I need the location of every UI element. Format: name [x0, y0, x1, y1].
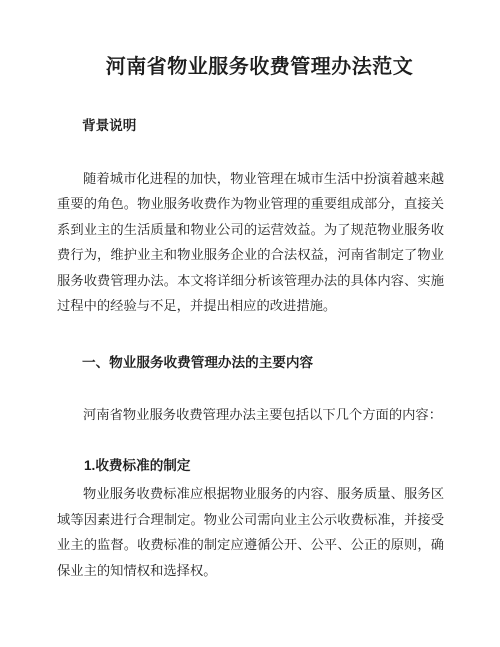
subsection-heading-fee-standard: 1.收费标准的制定 — [57, 453, 444, 479]
paragraph-background: 随着城市化进程的加快，物业管理在城市生活中扮演着越来越重要的角色。物业服务收费作… — [57, 166, 444, 319]
paragraph-fee-standard: 物业服务收费标准应根据物业服务的内容、服务质量、服务区域等因素进行合理制定。物业… — [57, 481, 444, 583]
paragraph-intro: 河南省物业服务收费管理办法主要包括以下几个方面的内容： — [57, 402, 444, 428]
section-heading-main-content: 一、物业服务收费管理办法的主要内容 — [57, 350, 444, 376]
document-title: 河南省物业服务收费管理办法范文 — [57, 52, 444, 82]
document-page: 河南省物业服务收费管理办法范文 背景说明 随着城市化进程的加快，物业管理在城市生… — [0, 0, 500, 647]
section-heading-background: 背景说明 — [57, 113, 444, 139]
